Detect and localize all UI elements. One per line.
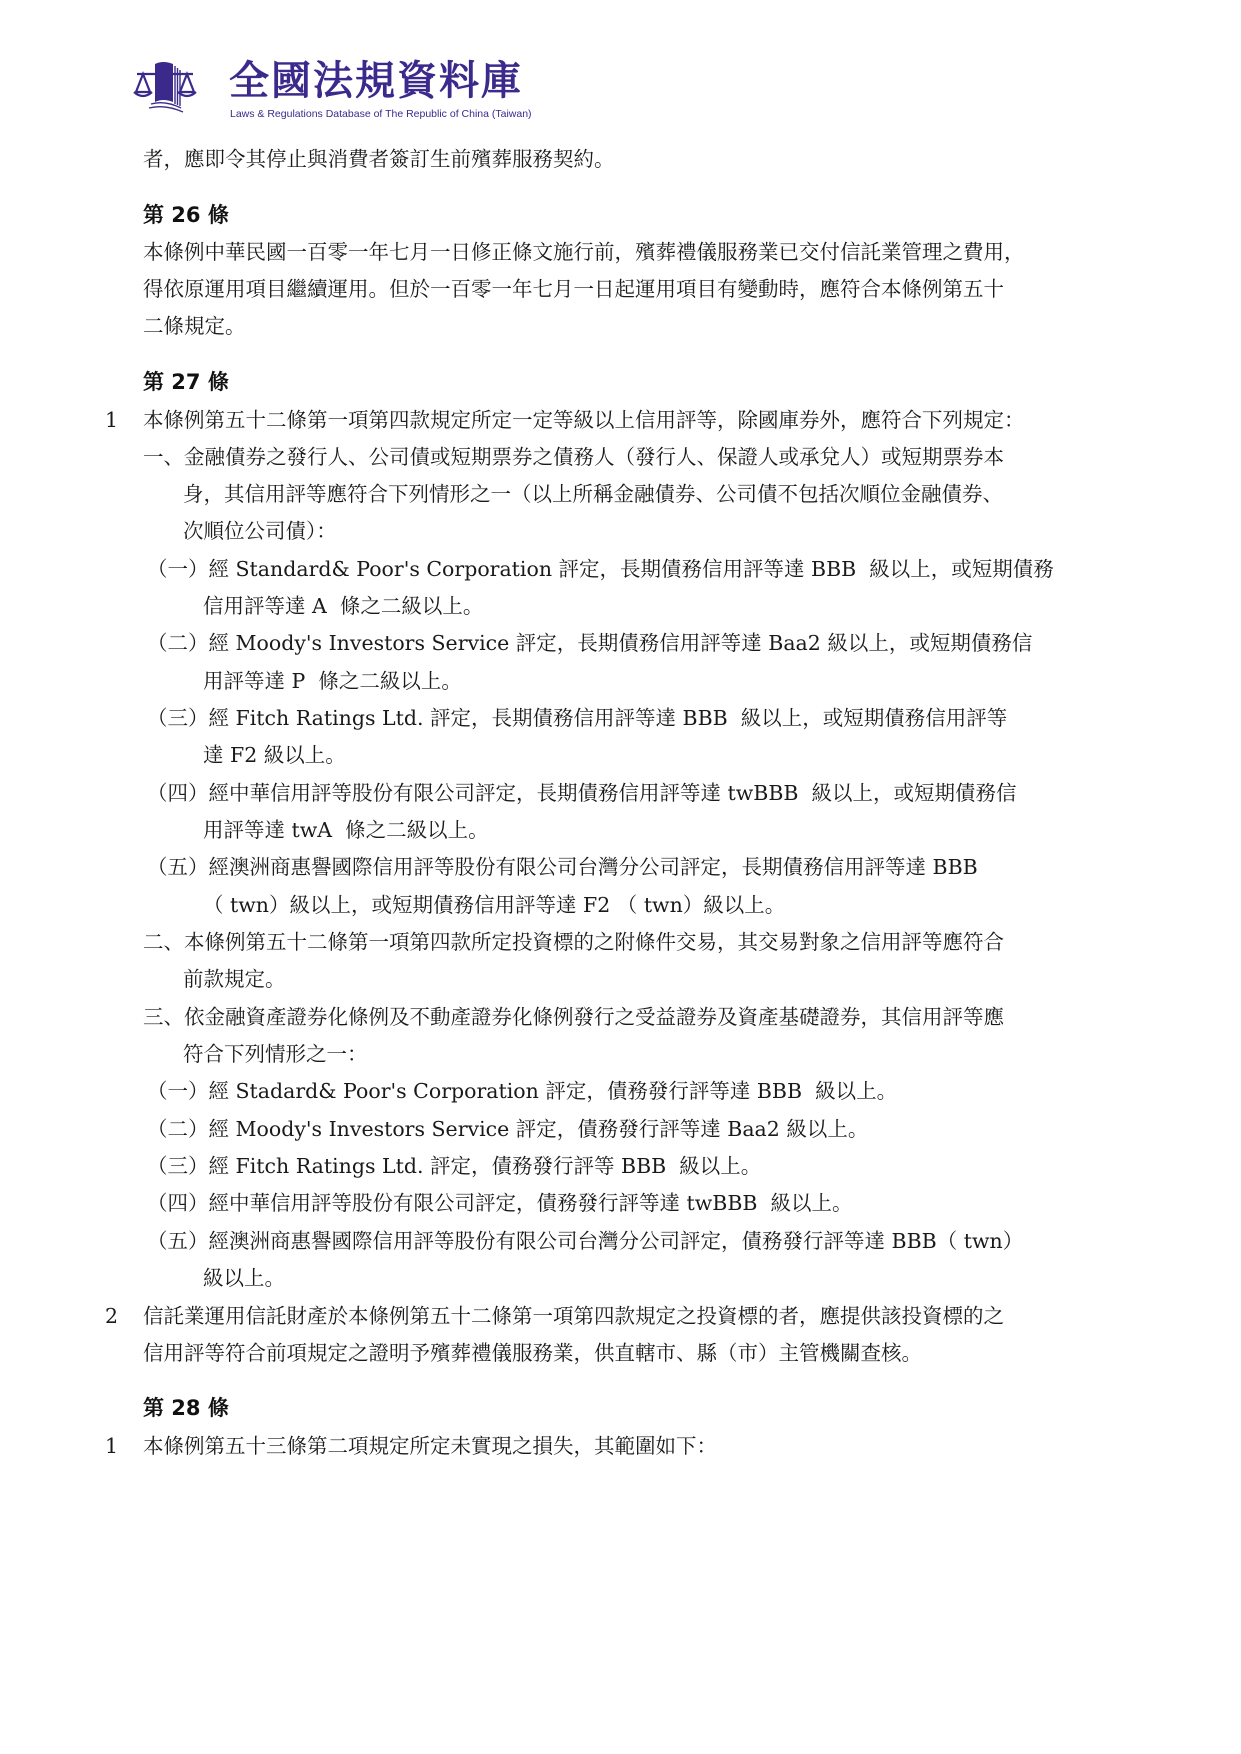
text-line: 信託業運用信託財產於本條例第五十二條第一項第四款規定之投資標的者，應提供該投資標… (143, 1302, 1004, 1330)
text-line: （一）經 Standard& Poor's Corporation 評定，長期債… (147, 555, 1054, 583)
text-line: 一、金融債券之發行人、公司債或短期票券之債務人（發行人、保證人或承兌人）或短期票… (143, 443, 1004, 471)
article-heading: 第 26 條 (143, 201, 229, 229)
text-line: 達 F2 級以上。 (203, 741, 346, 769)
text-line: 信用評等達 A 條之二級以上。 (203, 592, 483, 620)
text-line: （五）經澳洲商惠譽國際信用評等股份有限公司台灣分公司評定，債務發行評等達 BBB… (147, 1227, 1023, 1255)
text-line: 用評等達 P 條之二級以上。 (203, 667, 462, 695)
text-line: （一）經 Stadard& Poor's Corporation 評定，債務發行… (147, 1077, 897, 1105)
text-line: 符合下列情形之一： (183, 1040, 368, 1068)
text-line: （四）經中華信用評等股份有限公司評定，長期債務信用評等達 twBBB 級以上，或… (147, 779, 1017, 807)
text-line: 本條例中華民國一百零一年七月一日修正條文施行前，殯葬禮儀服務業已交付信託業管理之… (143, 238, 1025, 266)
text-line: 者，應即令其停止與消費者簽訂生前殯葬服務契約。 (143, 145, 615, 173)
paragraph-number: 1 (105, 406, 118, 434)
paragraph-number: 1 (105, 1432, 118, 1460)
paragraph-number: 2 (105, 1302, 118, 1330)
article-heading: 第 28 條 (143, 1394, 229, 1422)
text-line: 二條規定。 (143, 312, 246, 340)
article-heading: 第 27 條 (143, 368, 229, 396)
text-line: 得依原運用項目繼續運用。但於一百零一年七月一日起運用項目有變動時，應符合本條例第… (143, 275, 1004, 303)
text-line: 二、本條例第五十二條第一項第四款所定投資標的之附條件交易，其交易對象之信用評等應… (143, 928, 1004, 956)
text-line: 信用評等符合前項規定之證明予殯葬禮儀服務業，供直轄市、縣（市）主管機關查核。 (143, 1339, 922, 1367)
text-line: （三）經 Fitch Ratings Ltd. 評定，長期債務信用評等達 BBB… (147, 704, 1007, 732)
text-line: 前款規定。 (183, 965, 286, 993)
text-line: 次順位公司債）： (183, 517, 337, 545)
text-line: 身，其信用評等應符合下列情形之一（以上所稱金融債券、公司債不包括次順位金融債券、 (183, 480, 1003, 508)
text-line: （三）經 Fitch Ratings Ltd. 評定，債務發行評等 BBB 級以… (147, 1152, 761, 1180)
logo-subtitle: Laws & Regulations Database of The Repub… (230, 108, 532, 120)
text-line: （四）經中華信用評等股份有限公司評定，債務發行評等達 twBBB 級以上。 (147, 1189, 853, 1217)
text-line: （五）經澳洲商惠譽國際信用評等股份有限公司台灣分公司評定，長期債務信用評等達 B… (147, 853, 978, 881)
scales-book-icon (133, 58, 197, 114)
text-line: 三、依金融資產證券化條例及不動產證券化條例發行之受益證券及資產基礎證券，其信用評… (143, 1003, 1004, 1031)
text-line: 本條例第五十二條第一項第四款規定所定一定等級以上信用評等，除國庫券外，應符合下列… (143, 406, 1025, 434)
text-line: （二）經 Moody's Investors Service 評定，長期債務信用… (147, 629, 1032, 657)
text-line: 級以上。 (203, 1264, 285, 1292)
logo-title: 全國法規資料庫 (229, 58, 523, 104)
text-line: （二）經 Moody's Investors Service 評定，債務發行評等… (147, 1115, 868, 1143)
text-line: 用評等達 twA 條之二級以上。 (203, 816, 489, 844)
text-line: （ twn）級以上，或短期債務信用評等達 F2 （ twn）級以上。 (203, 891, 785, 919)
text-line: 本條例第五十三條第二項規定所定未實現之損失，其範圍如下： (143, 1432, 717, 1460)
